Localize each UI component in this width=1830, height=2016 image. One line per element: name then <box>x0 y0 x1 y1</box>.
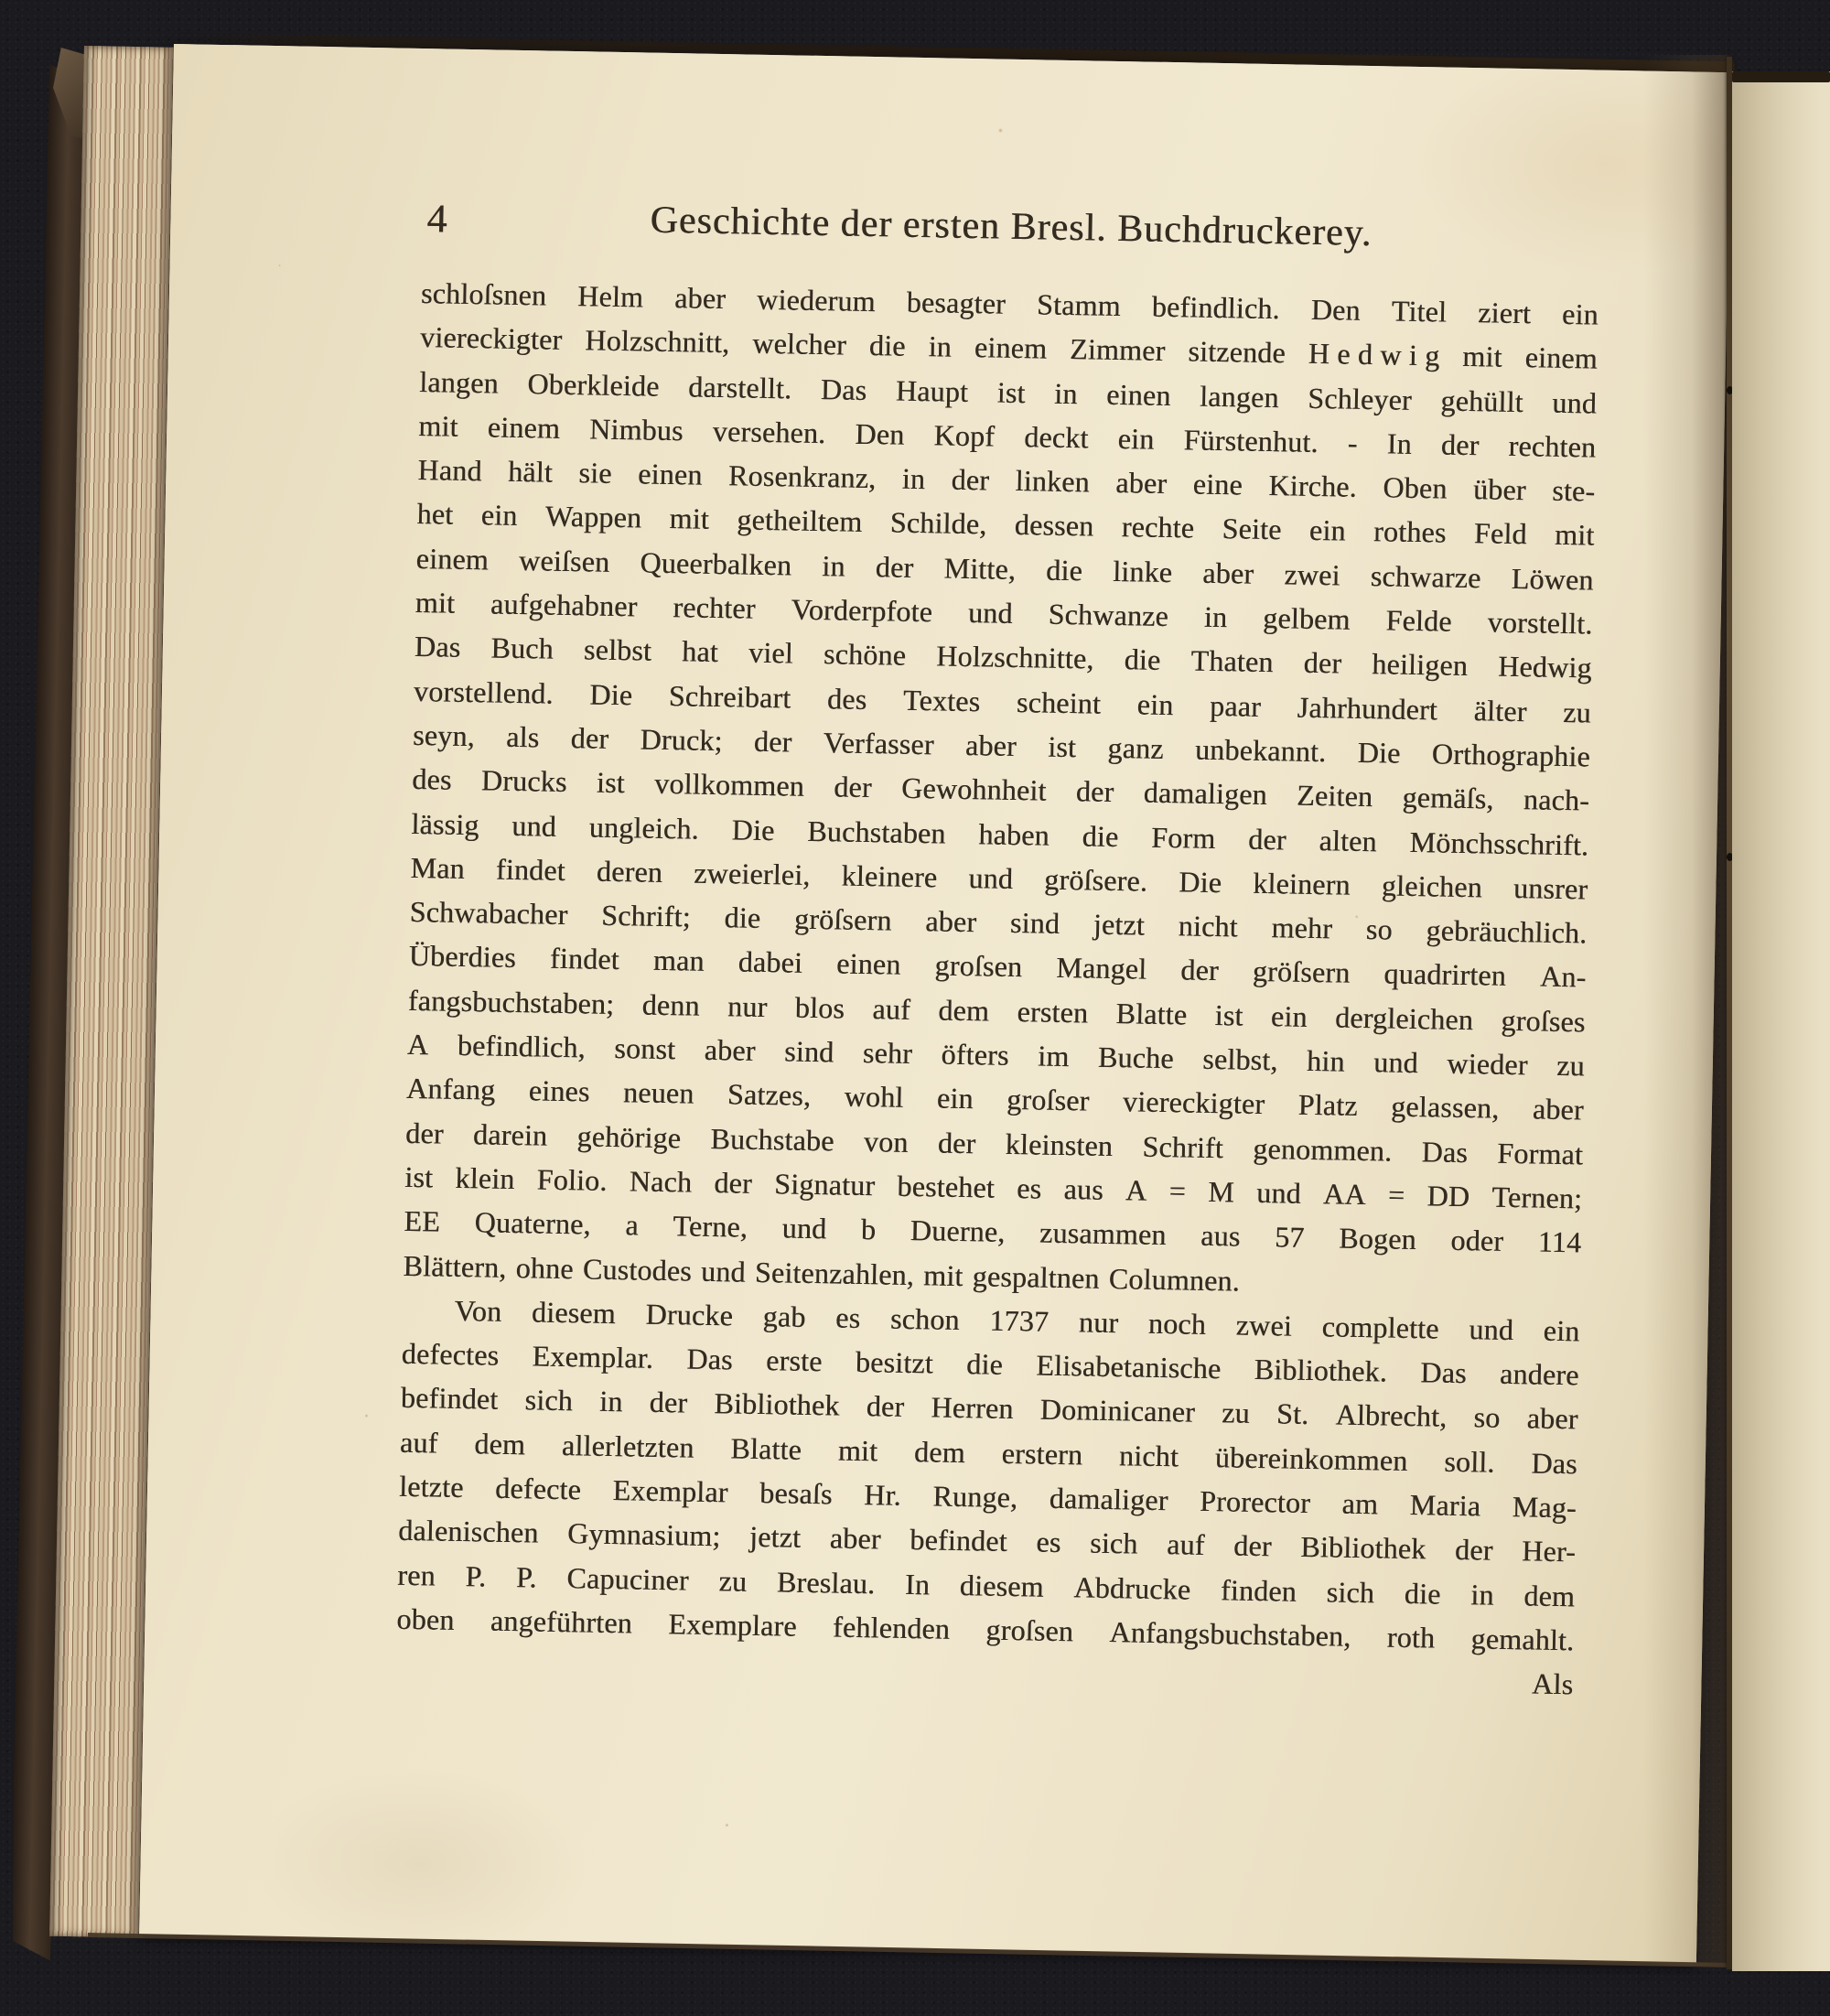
body-text: schloſsnenHelmaberwiederumbesagterStammb… <box>396 271 1599 1663</box>
running-title: Geschichte der ersten Bresl. Buchdrucker… <box>422 195 1600 259</box>
scanned-book-photo: { "page": { "number": "4", "running_titl… <box>0 0 1830 2016</box>
printed-content: 4 Geschichte der ersten Bresl. Buchdruck… <box>139 44 1731 1963</box>
book-page: 4 Geschichte der ersten Bresl. Buchdruck… <box>139 44 1731 1963</box>
facing-page-edge <box>1732 71 1830 1971</box>
